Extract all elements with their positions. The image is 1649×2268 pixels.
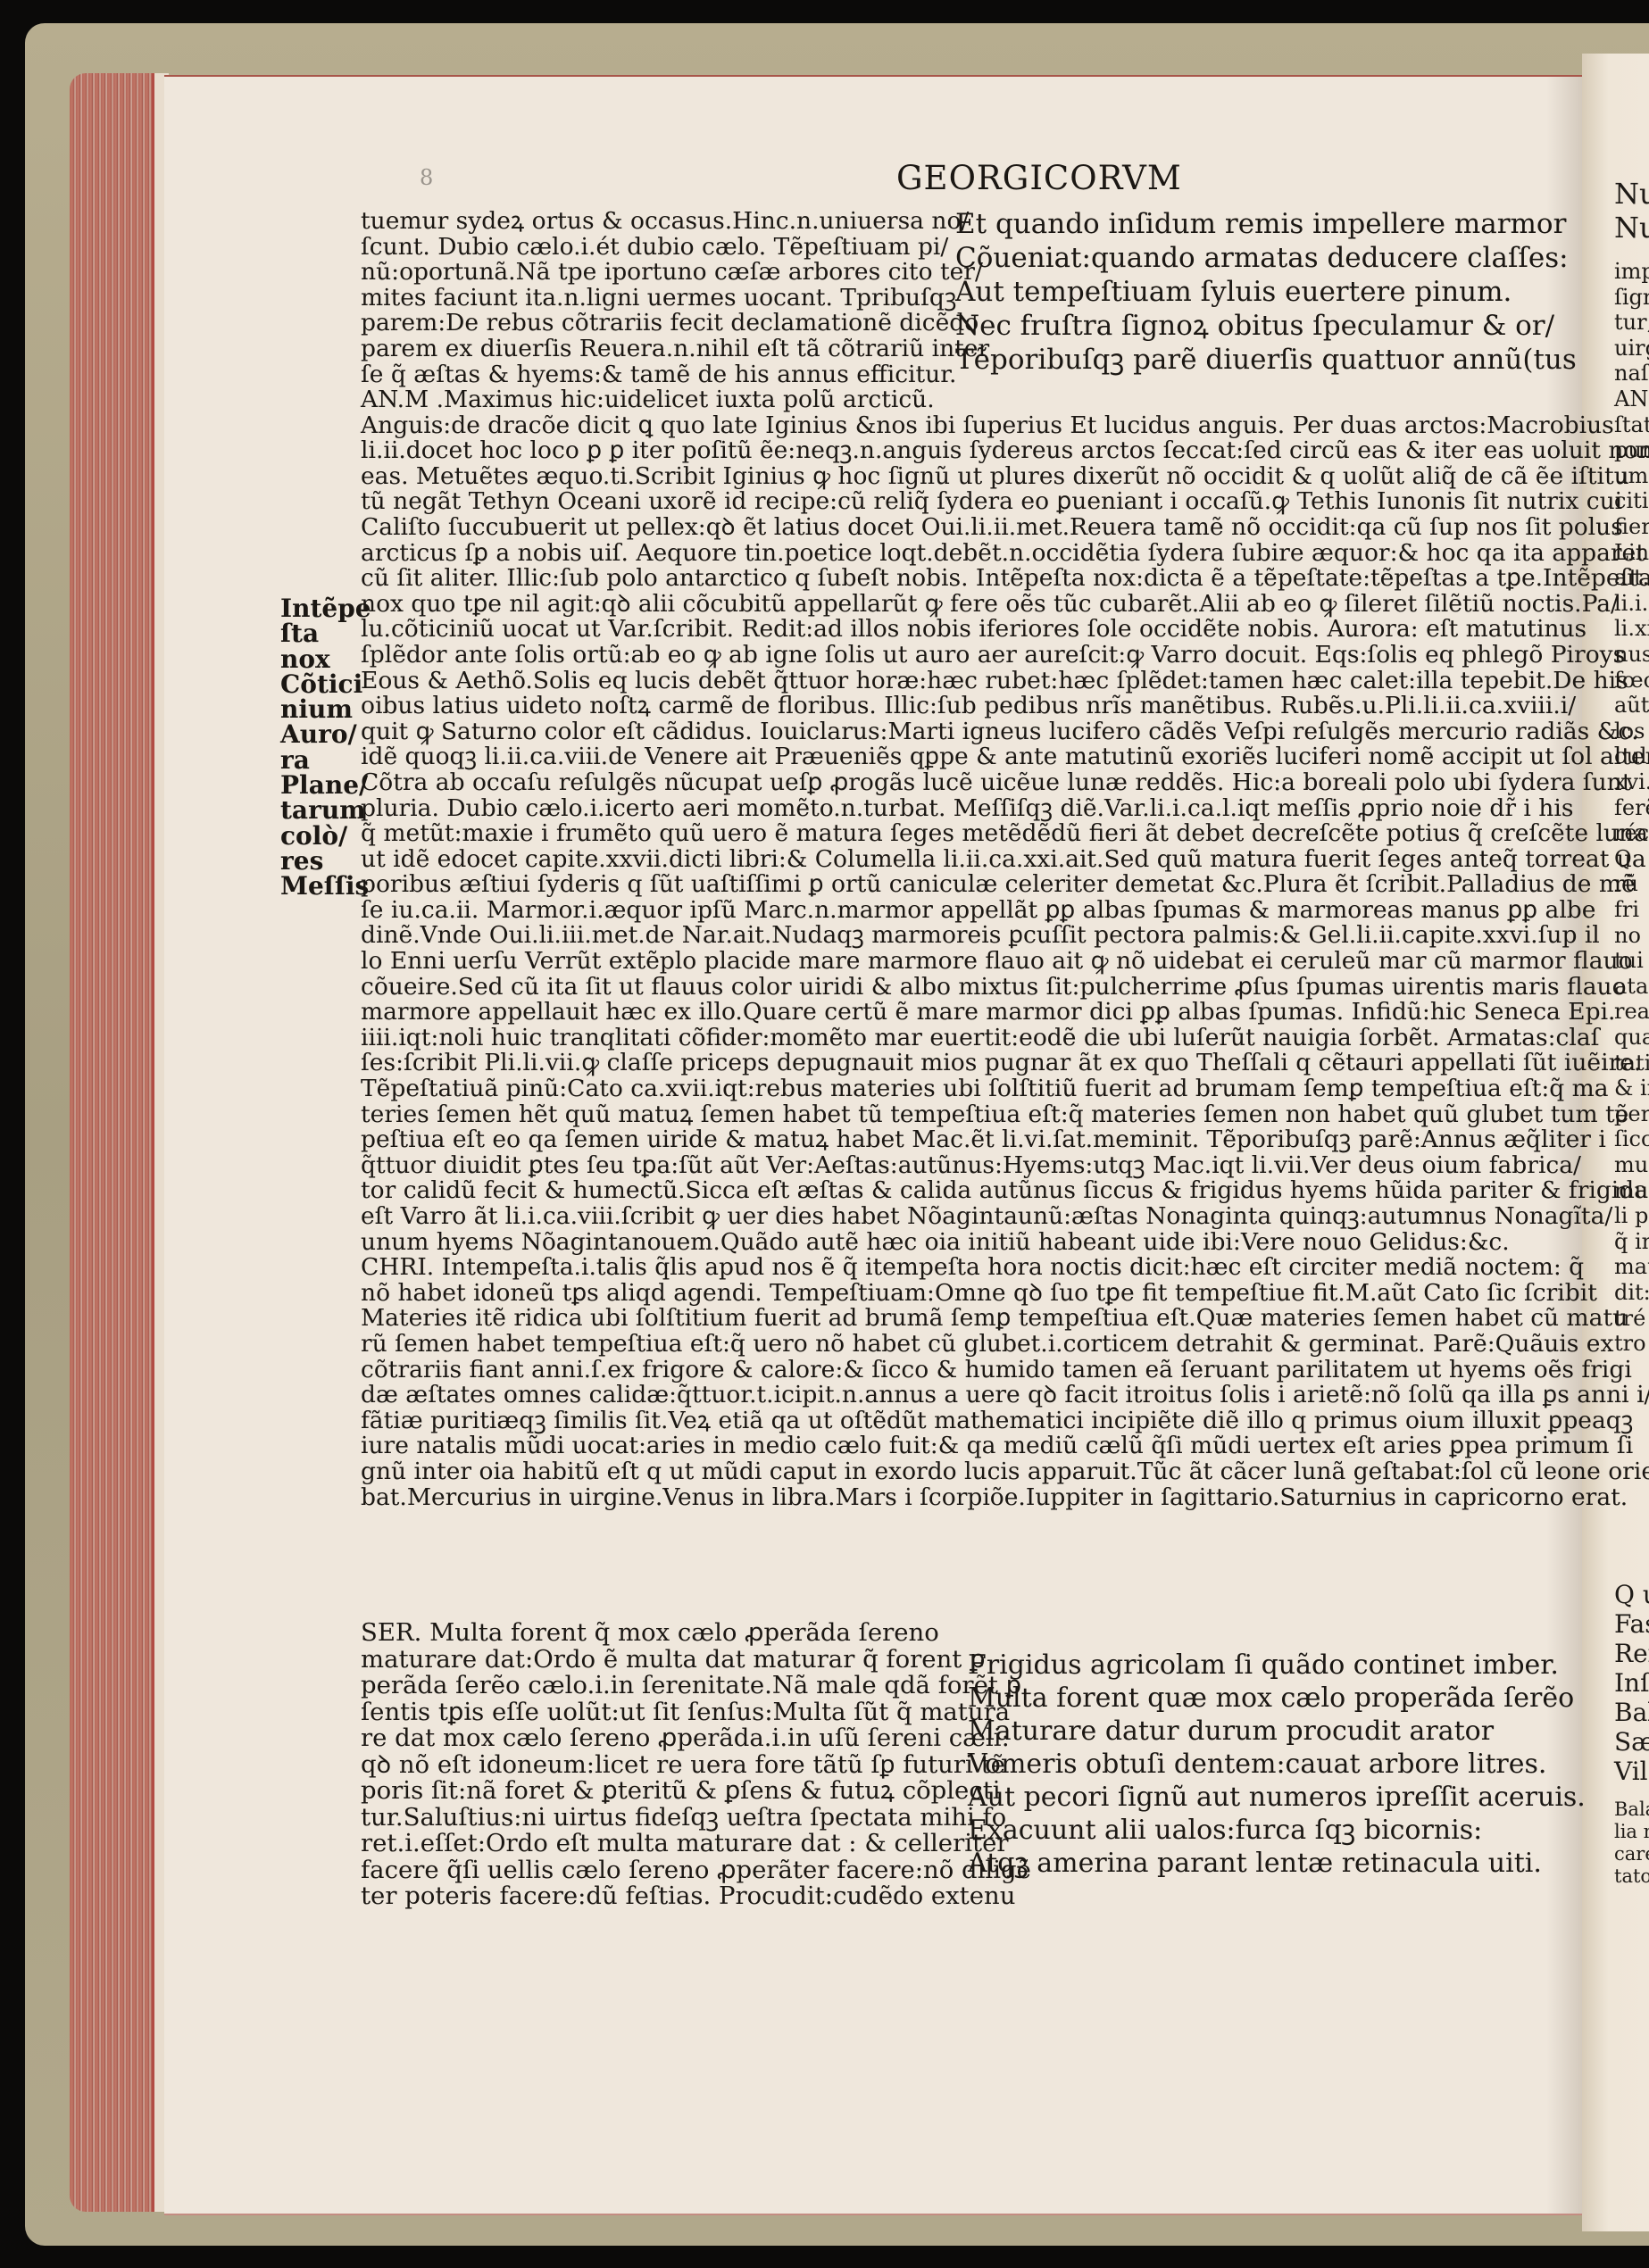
commentary-line: cõueire.Sed cũ ita ſit ut flauus color u… bbox=[361, 975, 1649, 1001]
facing-page-fragment: Nur bbox=[1614, 211, 1649, 245]
commentary-line: quit ꝙ Saturno color eſt cãdidus. Iouicl… bbox=[361, 719, 1649, 745]
marginal-note: nium bbox=[280, 697, 371, 722]
commentary-line: rũ ſemen habet tempeſtiua eſt:q̃ uero nõ… bbox=[361, 1332, 1649, 1358]
verse-line: Multa forent quæ mox cælo properãda ſerẽ… bbox=[968, 1682, 1586, 1715]
marginal-note: res bbox=[280, 849, 371, 874]
commentary-line: lo Enni uerſu Verrũt extẽplo placide mar… bbox=[361, 949, 1649, 975]
commentary-line: unum hyems Nõagintanouem.Quãdo autẽ hæc … bbox=[361, 1230, 1649, 1256]
marginal-note: Intẽpe bbox=[280, 596, 371, 621]
verse-bottom-block: Frigidus agricolam ſi quãdo continet imb… bbox=[968, 1649, 1586, 1880]
facing-page-fragment: tur;q bbox=[1614, 310, 1649, 335]
marginal-note: ſta bbox=[280, 621, 371, 646]
commentary-line: Eous & Aethõ.Solis eq lucis debẽt q̃ttuo… bbox=[361, 669, 1649, 694]
facing-page-fragment: tato bbox=[1614, 1865, 1649, 1887]
commentary-line: cũ ſit aliter. Illic:ſub polo antarctico… bbox=[361, 566, 1649, 592]
commentary-line: fãtiæ puritiæqꝫ ſimilis ſit.Veꝝ etiã qa … bbox=[361, 1408, 1649, 1434]
facing-page-fragment: lia ni bbox=[1614, 1821, 1649, 1842]
commentary-line: marmore appellauit hæc ex illo.Quare cer… bbox=[361, 1000, 1649, 1026]
commentary-top-block: tuemur sydeꝝ ortus & occasus.Hinc.n.uniu… bbox=[361, 209, 989, 387]
commentary-line: iure natalis mũdi uocat:aries in medio c… bbox=[361, 1433, 1649, 1459]
facing-page-fragment: Reſſ bbox=[1614, 1639, 1649, 1668]
facing-page-fragment: Q u bbox=[1614, 1580, 1649, 1609]
verse-line: Et quando inſidum remis impellere marmor bbox=[955, 207, 1577, 241]
commentary-line: li.ii.docet hoc loco ꝑ ꝑ iter poſitũ ẽe:… bbox=[361, 438, 1649, 464]
commentary-line: Caliſto ſuccubuerit ut pellex:qꝺ ẽt lati… bbox=[361, 515, 1649, 541]
commentary-line: poribus æſtiui ſyderis q ſũt uaſtiſſimi … bbox=[361, 872, 1649, 898]
facing-page-fragment: uirga: bbox=[1614, 336, 1649, 361]
commentary-line: ſentis tꝑis eſſe uolũt:ut ſit ſenſus:Mul… bbox=[361, 1699, 1031, 1726]
facing-page-fragment: naſcit bbox=[1614, 361, 1649, 386]
commentary-line: pluria. Dubio cælo.i.icerto aeri momẽto.… bbox=[361, 796, 1649, 822]
facing-page-fragment: Fas bbox=[1614, 1609, 1649, 1639]
verse-line: Frigidus agricolam ſi quãdo continet imb… bbox=[968, 1649, 1586, 1682]
commentary-line: iiii.iqt:noli huic tranqlitati cõfider:m… bbox=[361, 1026, 1649, 1051]
commentary-line: poris ſit:nã foret & ꝑteritũ & ꝑſens & f… bbox=[361, 1778, 1031, 1805]
marginal-note: Auro/ bbox=[280, 722, 371, 747]
commentary-line: tuemur sydeꝝ ortus & occasus.Hinc.n.uniu… bbox=[361, 209, 989, 235]
commentary-main-block: AN.M .Maximus hic:uidelicet iuxta polũ a… bbox=[361, 387, 1649, 1510]
commentary-line: Cõtra ab occaſu reſulgẽs nũcupat ueſꝑ ꝓr… bbox=[361, 770, 1649, 796]
commentary-line: nox quo tꝑe nil agit:qꝺ alii cõcubitũ ap… bbox=[361, 592, 1649, 618]
facing-page-fragment: Bala bbox=[1614, 1799, 1649, 1820]
commentary-line: gnũ inter oia habitũ eſt q ut mũdi caput… bbox=[361, 1459, 1649, 1485]
commentary-line: dinẽ.Vnde Oui.li.iii.met.de Nar.ait.Nuda… bbox=[361, 923, 1649, 949]
commentary-line: Materies itẽ ridica ubi ſolſtitium fueri… bbox=[361, 1306, 1649, 1332]
verse-line: Cõueniat:quando armatas deducere claſſes… bbox=[955, 241, 1577, 275]
marginal-note: Meſſis bbox=[280, 874, 371, 899]
facing-page-fragment: Vil bbox=[1614, 1757, 1648, 1786]
commentary-line: Tẽpeſtatiuã pinũ:Cato ca.xvii.iqt:rebus … bbox=[361, 1076, 1649, 1102]
verse-line: Nec fruſtra ſignoꝝ obitus ſpeculamur & o… bbox=[955, 309, 1577, 343]
commentary-line: arcticus ſꝑ a nobis uiſ. Aequore tin.poe… bbox=[361, 541, 1649, 567]
commentary-line: qꝺ nõ eſt idoneum:licet re uera fore tãt… bbox=[361, 1752, 1031, 1779]
folio-mark: 8 bbox=[420, 165, 433, 190]
marginal-note: Cõtici bbox=[280, 672, 371, 697]
marginal-note: colò/ bbox=[280, 824, 371, 849]
commentary-line: parem ex diuerſis Reuera.n.nihil eſt tã … bbox=[361, 336, 989, 362]
marginal-note: nox bbox=[280, 647, 371, 672]
commentary-line: ſes:ſcribit Pli.li.vii.ꝙ claſſe priceps … bbox=[361, 1051, 1649, 1076]
commentary-line: AN.M .Maximus hic:uidelicet iuxta polũ a… bbox=[361, 387, 1649, 413]
commentary-line: oibus latius uideto noſtꝝ carmẽ de flori… bbox=[361, 694, 1649, 719]
facing-page-fragment: impre bbox=[1614, 259, 1649, 284]
commentary-line: ſcunt. Dubio cælo.i.ét dubio cælo. Tẽpeſ… bbox=[361, 235, 989, 261]
commentary-line: ter poteris facere:dũ feſtias. Procudit:… bbox=[361, 1883, 1031, 1910]
commentary-line: bat.Mercurius in uirgine.Venus in libra.… bbox=[361, 1485, 1649, 1511]
verse-line: Vomeris obtuſi dentem:cauat arbore litre… bbox=[968, 1748, 1586, 1781]
commentary-line: tũ negãt Tethyn Oceani uxorẽ id recipe:c… bbox=[361, 489, 1649, 515]
commentary-line: eas. Metuẽtes æquo.ti.Scribit Iginius ꝙ … bbox=[361, 464, 1649, 490]
facing-page-fragment: Sæp bbox=[1614, 1727, 1649, 1757]
facing-page-fragment: care, bbox=[1614, 1843, 1649, 1865]
marginal-note: ra bbox=[280, 748, 371, 773]
commentary-line: parem:De rebus cõtrariis fecit declamati… bbox=[361, 311, 989, 336]
commentary-line: ut idẽ edocet capite.xxvii.dicti libri:&… bbox=[361, 847, 1649, 873]
commentary-line: lu.cõticiniũ uocat ut Var.ſcribit. Redit… bbox=[361, 617, 1649, 643]
commentary-line: ret.i.eſſet:Ordo eſt multa maturare dat … bbox=[361, 1831, 1031, 1857]
verse-line: Atqꝫ amerina parant lentæ retinacula uit… bbox=[968, 1847, 1586, 1880]
commentary-line: eſt Varro ãt li.i.ca.viii.ſcribit ꝙ uer … bbox=[361, 1204, 1649, 1230]
facing-page-fragment: ſignat bbox=[1614, 285, 1649, 310]
commentary-line: dæ æſtates omnes calidæ:q̃ttuor.t.icipit… bbox=[361, 1383, 1649, 1408]
verse-line: Exacuunt alii ualos:furca ſqꝫ bicornis: bbox=[968, 1814, 1586, 1847]
commentary-line: facere q̃ſi uellis cælo ſereno ꝓperãter … bbox=[361, 1857, 1031, 1884]
commentary-line: maturare dat:Ordo ẽ multa dat maturar q̃… bbox=[361, 1647, 1031, 1674]
commentary-line: tor calidũ fecit & humectũ.Sicca eſt æſt… bbox=[361, 1178, 1649, 1204]
verse-line: Aut tempeſtiuam ſyluis euertere pinum. bbox=[955, 275, 1577, 309]
facing-page-fragment: Nur bbox=[1614, 177, 1649, 211]
verse-line: Aut pecori ſignũ aut numeros ipreſſit ac… bbox=[968, 1781, 1586, 1814]
commentary-line: Anguis:de dracõe dicit ꝗ quo late Iginiu… bbox=[361, 413, 1649, 439]
verse-top-block: Et quando inſidum remis impellere marmor… bbox=[955, 207, 1577, 377]
facing-page-fragment: Inſid bbox=[1614, 1668, 1649, 1698]
commentary-line: cõtrariis fiant anni.ſ.ex frigore & calo… bbox=[361, 1358, 1649, 1383]
commentary-line: q̃ metũt:maxie i frumẽto quũ uero ẽ matu… bbox=[361, 821, 1649, 847]
facing-page-fragment: Bala bbox=[1614, 1698, 1649, 1727]
commentary-line: peſtiua eſt eo qa ſemen uiride & matuꝝ h… bbox=[361, 1127, 1649, 1153]
commentary-line: idẽ quoqꝫ li.ii.ca.viii.de Venere ait Pr… bbox=[361, 744, 1649, 770]
commentary-line: tur.Saluſtius:ni uirtus fideſqꝫ ueſtra ſ… bbox=[361, 1805, 1031, 1832]
commentary-line: ſplẽdor ante ſolis ortũ:ab eo ꝙ ab igne … bbox=[361, 643, 1649, 669]
commentary-line: ſe q̃ æſtas & hyems:& tamẽ de his annus … bbox=[361, 362, 989, 388]
marginal-notes: IntẽpeſtanoxCõticiniumAuro/raPlane/tarum… bbox=[280, 596, 371, 900]
verse-line: Maturare datur durum procudit arator bbox=[968, 1715, 1586, 1748]
commentary-line: perãda ſerẽo cælo.i.in ſerenitate.Nã mal… bbox=[361, 1673, 1031, 1699]
commentary-line: ſe iu.ca.ii. Marmor.i.æquor ipſũ Marc.n.… bbox=[361, 898, 1649, 924]
commentary-line: CHRI. Intempeſta.i.talis q̃lis apud nos … bbox=[361, 1255, 1649, 1281]
commentary-line: SER. Multa forent q̃ mox cælo ꝓperãda ſe… bbox=[361, 1620, 1031, 1647]
verse-line: Tẽporibuſqꝫ parẽ diuerſis quattuor annũ(… bbox=[955, 343, 1577, 377]
commentary-line: re dat mox cælo ſereno ꝓperãda.i.in uſũ … bbox=[361, 1725, 1031, 1752]
commentary-line: mites faciunt ita.n.ligni uermes uocant.… bbox=[361, 286, 989, 312]
commentary-bottom-block: SER. Multa forent q̃ mox cælo ꝓperãda ſe… bbox=[361, 1620, 1031, 1910]
marginal-note: Plane/ bbox=[280, 773, 371, 798]
commentary-line: q̃ttuor diuidit ꝑtes ſeu tꝑa:ſũt aũt Ver… bbox=[361, 1153, 1649, 1179]
running-head: GEORGICORVM bbox=[896, 159, 1182, 197]
commentary-line: nõ habet idoneũ tꝑs aliqd agendi. Tempeſ… bbox=[361, 1281, 1649, 1307]
commentary-line: teries ſemen hẽt quũ matuꝝ ſemen habet t… bbox=[361, 1102, 1649, 1128]
marginal-note: tarum bbox=[280, 798, 371, 823]
commentary-line: nũ:oportunã.Nã tpe iportuno cæſæ arbores… bbox=[361, 260, 989, 286]
